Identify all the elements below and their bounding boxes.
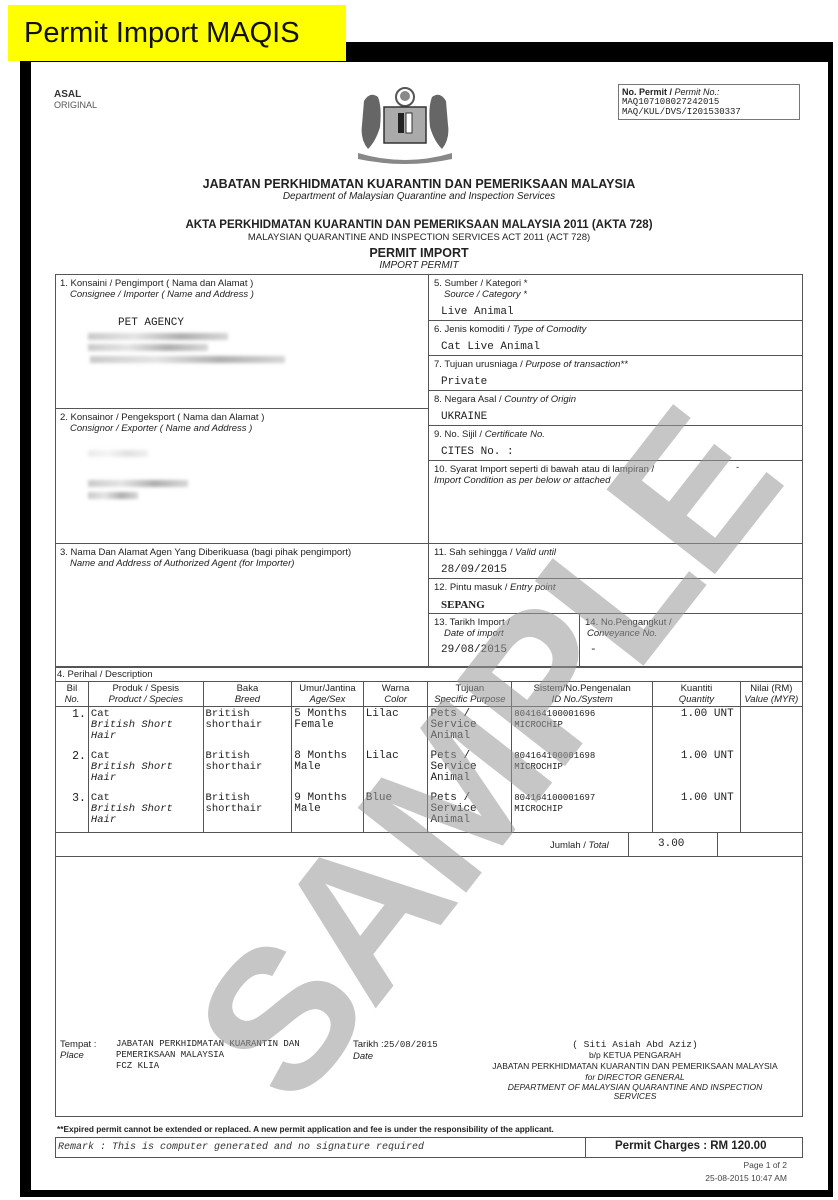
table-cell: Pets / Service Animal <box>428 707 512 750</box>
total-value: 3.00 <box>658 838 684 850</box>
malaysia-coat-of-arms-icon <box>350 83 460 165</box>
column-header-ms: Umur/Jantina <box>294 683 360 694</box>
field-source-ms: 5. Sumber / Kategori * <box>434 278 527 289</box>
cell-system: MICROCHIP <box>514 762 650 773</box>
field-consignor: 2. Konsainor / Pengeksport ( Nama dan Al… <box>60 412 264 434</box>
table-row: 1.CatBritish Short HairBritish shorthair… <box>56 707 803 750</box>
field-consignee: 1. Konsaini / Pengimport ( Nama dan Alam… <box>60 278 254 300</box>
permit-no-2: MAQ/KUL/DVS/I201530337 <box>622 107 796 117</box>
signature-line-3: for DIRECTOR GENERAL <box>585 1072 685 1082</box>
act-title-en: MALAYSIAN QUARANTINE AND INSPECTION SERV… <box>0 232 838 243</box>
table-cell: Blue <box>363 791 428 833</box>
column-header-ms: Kuantiti <box>655 683 738 694</box>
divider <box>55 856 803 857</box>
cell-system: MICROCHIP <box>514 804 650 815</box>
table-cell: Lilac <box>363 707 428 750</box>
field-agent: 3. Nama Dan Alamat Agen Yang Diberikuasa… <box>60 547 351 569</box>
table-header-row: BilNo.Produk / SpesisProduct / SpeciesBa… <box>56 682 803 707</box>
cell-species: British Short Hair <box>91 720 201 742</box>
table-cell: CatBritish Short Hair <box>88 791 203 833</box>
field-origin: 8. Negara Asal / Country of Origin <box>434 394 576 405</box>
table-cell: CatBritish Short Hair <box>88 707 203 750</box>
column-header-en: ID No./System <box>552 694 613 705</box>
field-import-date-en: Date of import <box>444 628 504 639</box>
permit-no-1: MAQ107108027242015 <box>622 97 796 107</box>
column-header-en: Value (MYR) <box>744 694 798 705</box>
permit-charges: Permit Charges : RM 120.00 <box>615 1140 766 1152</box>
conveyance-value: - <box>590 644 597 656</box>
field-valid-until-ms: 11. Sah sehingga / <box>434 547 513 558</box>
total-label-en: Total <box>589 840 609 851</box>
date-value: 25/08/2015 <box>384 1040 438 1050</box>
consignee-name: PET AGENCY <box>118 317 184 329</box>
cell-purpose: Pets / Service Animal <box>430 751 509 784</box>
column-header-ms: Sistem/No.Pengenalan <box>514 683 650 694</box>
original-ms: ASAL <box>54 90 97 100</box>
source-category-value: Live Animal <box>441 306 514 318</box>
caption-label: Permit Import MAQIS <box>8 5 346 61</box>
column-header-en: Quantity <box>679 694 714 705</box>
import-condition-value: - <box>736 462 739 473</box>
cell-breed: British shorthair <box>206 751 290 773</box>
divider <box>717 832 718 856</box>
divider <box>55 832 803 833</box>
permit-number-box: No. Permit / Permit No.: MAQ107108027242… <box>618 84 800 120</box>
field-entry-point: 12. Pintu masuk / Entry point <box>434 582 555 593</box>
page-number: Page 1 of 2 <box>600 1159 787 1172</box>
table-cell: 8 MonthsMale <box>292 749 363 791</box>
field-certificate-ms: 9. No. Sijil / <box>434 429 482 440</box>
table-body: 1.CatBritish Short HairBritish shorthair… <box>56 707 803 834</box>
cell-sex: Male <box>294 804 360 815</box>
cell-species: British Short Hair <box>91 804 201 826</box>
total-label-ms: Jumlah / <box>550 840 586 851</box>
place-value-2: PEMERIKSAAN MALAYSIA <box>116 1050 300 1061</box>
expiry-note: **Expired permit cannot be extended or r… <box>57 1124 554 1134</box>
permit-no-label: No. Permit / <box>622 87 672 97</box>
divider <box>428 355 803 356</box>
column-header: Umur/JantinaAge/Sex <box>292 682 363 707</box>
place-label: Tempat : Place <box>60 1039 96 1061</box>
divider <box>428 274 429 667</box>
column-header: TujuanSpecific Purpose <box>428 682 512 707</box>
column-header-ms: Bil <box>58 683 86 694</box>
redacted-text <box>90 356 285 363</box>
dept-title-en: Department of Malaysian Quarantine and I… <box>0 191 838 202</box>
field-valid-until-en: Valid until <box>515 547 556 558</box>
import-date-value: 29/08/2015 <box>441 644 507 656</box>
redacted-text <box>88 333 228 340</box>
field-import-date-ms: 13. Tarikh Import / <box>434 617 510 628</box>
entry-point-value: SEPANG <box>441 599 485 611</box>
purpose-value: Private <box>441 376 487 388</box>
column-header: Produk / SpesisProduct / Species <box>88 682 203 707</box>
origin-value: UKRAINE <box>441 411 487 423</box>
table-cell: British shorthair <box>203 749 292 791</box>
field-valid-until: 11. Sah sehingga / Valid until <box>434 547 556 558</box>
place-value-3: FCZ KLIA <box>116 1061 300 1072</box>
total-label: Jumlah / Total <box>550 840 609 851</box>
redacted-text <box>88 492 138 499</box>
table-cell: British shorthair <box>203 791 292 833</box>
permit-title-ms: PERMIT IMPORT <box>0 246 838 260</box>
table-cell: 1. <box>56 707 89 750</box>
signature-line-1: b/p KETUA PENGARAH <box>470 1050 800 1061</box>
divider <box>428 320 803 321</box>
cell-color: Lilac <box>366 751 426 762</box>
column-header-en: No. <box>65 694 80 705</box>
redacted-text <box>88 450 148 457</box>
divider <box>428 425 803 426</box>
original-en: ORIGINAL <box>54 100 97 110</box>
page-info: Page 1 of 2 25-08-2015 10:47 AM <box>600 1159 787 1185</box>
certificate-value: CITES No. : <box>441 446 514 458</box>
cell-color: Blue <box>366 793 426 804</box>
divider <box>55 408 428 409</box>
field-entry-point-en: Entry point <box>510 582 555 593</box>
field-consignee-ms: 1. Konsaini / Pengimport ( Nama dan Alam… <box>60 278 254 289</box>
divider <box>428 460 803 461</box>
cell-breed: British shorthair <box>206 793 290 815</box>
cell-no: 2. <box>58 751 86 762</box>
permit-title-en: IMPORT PERMIT <box>0 260 838 271</box>
column-header-en: Product / Species <box>109 694 183 705</box>
table-cell: 9 MonthsMale <box>292 791 363 833</box>
field-consignor-ms: 2. Konsainor / Pengeksport ( Nama dan Al… <box>60 412 264 423</box>
table-cell: 1.00 UNT <box>653 791 741 833</box>
column-header-en: Color <box>384 694 407 705</box>
table-cell: Pets / Service Animal <box>428 749 512 791</box>
valid-until-value: 28/09/2015 <box>441 564 507 576</box>
act-title-ms: AKTA PERKHIDMATAN KUARANTIN DAN PEMERIKS… <box>0 219 838 231</box>
divider <box>428 390 803 391</box>
place-label-en: Place <box>60 1050 84 1061</box>
field-agent-ms: 3. Nama Dan Alamat Agen Yang Diberikuasa… <box>60 547 351 558</box>
field-commodity-en: Type of Comodity <box>513 324 587 335</box>
signature-block: ( Siti Asiah Abd Aziz) b/p KETUA PENGARA… <box>470 1039 800 1101</box>
date-label-ms: Tarikh : <box>353 1039 384 1050</box>
table-cell: British shorthair <box>203 707 292 750</box>
table-cell: 804164100001698MICROCHIP <box>512 749 653 791</box>
description-table: BilNo.Produk / SpesisProduct / SpeciesBa… <box>55 681 803 833</box>
field-origin-ms: 8. Negara Asal / <box>434 394 502 405</box>
cell-qty: 1.00 UNT <box>655 793 734 804</box>
field-purpose: 7. Tujuan urusniaga / Purpose of transac… <box>434 359 628 370</box>
field-origin-en: Country of Origin <box>504 394 576 405</box>
column-header: Nilai (RM)Value (MYR) <box>740 682 802 707</box>
cell-no: 1. <box>58 709 86 720</box>
field-consignee-en: Consignee / Importer ( Name and Address … <box>70 289 254 300</box>
table-cell <box>740 749 802 791</box>
field-consignor-en: Consignor / Exporter ( Name and Address … <box>70 423 252 434</box>
column-header-ms: Produk / Spesis <box>91 683 201 694</box>
column-header: BakaBreed <box>203 682 292 707</box>
table-cell: CatBritish Short Hair <box>88 749 203 791</box>
field-commodity-ms: 6. Jenis komoditi / <box>434 324 510 335</box>
table-cell: Lilac <box>363 749 428 791</box>
field-import-date: 13. Tarikh Import / Date of import <box>434 617 510 639</box>
cell-id: 804164100001697 <box>514 793 650 804</box>
field-commodity: 6. Jenis komoditi / Type of Comodity <box>434 324 586 335</box>
field-entry-point-ms: 12. Pintu masuk / <box>434 582 507 593</box>
table-cell: 2. <box>56 749 89 791</box>
date-label: Tarikh :25/08/2015 Date <box>353 1039 438 1062</box>
table-cell <box>740 707 802 750</box>
cell-sex: Male <box>294 762 360 773</box>
original-marker: ASAL ORIGINAL <box>54 90 97 110</box>
print-timestamp: 25-08-2015 10:47 AM <box>600 1172 787 1185</box>
field-purpose-ms: 7. Tujuan urusniaga / <box>434 359 523 370</box>
signer-name: ( Siti Asiah Abd Aziz) <box>470 1039 800 1050</box>
field-conveyance-ms: 14. No.Pengangkut / <box>585 617 672 628</box>
column-header-en: Specific Purpose <box>434 694 505 705</box>
cell-no: 3. <box>58 793 86 804</box>
field-import-condition: 10. Syarat Import seperti di bawah atau … <box>434 464 654 486</box>
table-cell: 5 MonthsFemale <box>292 707 363 750</box>
table-cell: 3. <box>56 791 89 833</box>
column-header-en: Breed <box>235 694 260 705</box>
column-header: Sistem/No.PengenalanID No./System <box>512 682 653 707</box>
field-agent-en: Name and Address of Authorized Agent (fo… <box>70 558 294 569</box>
date-label-en: Date <box>353 1051 373 1062</box>
table-cell: 804164100001696MICROCHIP <box>512 707 653 750</box>
redacted-text <box>88 480 188 487</box>
field-import-condition-ms: 10. Syarat Import seperti di bawah atau … <box>434 464 654 475</box>
field-import-condition-en: Import Condition as per below or attache… <box>434 475 610 486</box>
divider <box>428 578 803 579</box>
column-header: WarnaColor <box>363 682 428 707</box>
redacted-text <box>88 344 208 351</box>
column-header-ms: Baka <box>206 683 290 694</box>
cell-breed: British shorthair <box>206 709 290 731</box>
cell-species: British Short Hair <box>91 762 201 784</box>
remark-text: Remark : This is computer generated and … <box>58 1142 424 1153</box>
permit-no-label-en: Permit No.: <box>675 87 720 97</box>
table-cell: 804164100001697MICROCHIP <box>512 791 653 833</box>
cell-system: MICROCHIP <box>514 720 650 731</box>
signature-line-5: SERVICES <box>614 1091 657 1101</box>
description-title: 4. Perihal / Description <box>57 669 153 680</box>
field-conveyance-en: Conveyance No. <box>587 628 657 639</box>
table-cell <box>740 791 802 833</box>
table-row: 2.CatBritish Short HairBritish shorthair… <box>56 749 803 791</box>
dept-title-ms: JABATAN PERKHIDMATAN KUARANTIN DAN PEMER… <box>0 177 838 191</box>
table-cell: 1.00 UNT <box>653 749 741 791</box>
cell-purpose: Pets / Service Animal <box>430 793 509 826</box>
divider <box>55 543 803 544</box>
column-header-ms: Warna <box>366 683 426 694</box>
signature-line-2: JABATAN PERKHIDMATAN KUARANTIN DAN PEMER… <box>470 1061 800 1072</box>
place-value-1: JABATAN PERKHIDMATAN KUARANTIN DAN <box>116 1039 300 1050</box>
column-header: KuantitiQuantity <box>653 682 741 707</box>
column-header-en: Age/Sex <box>310 694 346 705</box>
column-header-ms: Nilai (RM) <box>743 683 800 694</box>
field-purpose-en: Purpose of transaction** <box>525 359 627 370</box>
divider <box>585 1137 586 1158</box>
cell-sex: Female <box>294 720 360 731</box>
table-cell: Pets / Service Animal <box>428 791 512 833</box>
divider <box>628 832 629 856</box>
place-label-ms: Tempat : <box>60 1039 96 1050</box>
place-value: JABATAN PERKHIDMATAN KUARANTIN DAN PEMER… <box>116 1039 300 1072</box>
divider <box>428 613 803 614</box>
cell-color: Lilac <box>366 709 426 720</box>
field-source-en: Source / Category * <box>444 289 527 300</box>
field-source-category: 5. Sumber / Kategori * Source / Category… <box>434 278 527 300</box>
cell-id: 804164100001696 <box>514 709 650 720</box>
commodity-value: Cat Live Animal <box>441 341 540 353</box>
cell-purpose: Pets / Service Animal <box>430 709 509 742</box>
cell-qty: 1.00 UNT <box>655 751 734 762</box>
field-certificate-en: Certificate No. <box>485 429 545 440</box>
column-header: BilNo. <box>56 682 89 707</box>
table-row: 3.CatBritish Short HairBritish shorthair… <box>56 791 803 833</box>
cell-id: 804164100001698 <box>514 751 650 762</box>
field-conveyance: 14. No.Pengangkut / Conveyance No. <box>585 617 672 639</box>
divider <box>579 613 580 667</box>
table-cell: 1.00 UNT <box>653 707 741 750</box>
field-certificate: 9. No. Sijil / Certificate No. <box>434 429 545 440</box>
column-header-ms: Tujuan <box>430 683 509 694</box>
cell-qty: 1.00 UNT <box>655 709 734 720</box>
